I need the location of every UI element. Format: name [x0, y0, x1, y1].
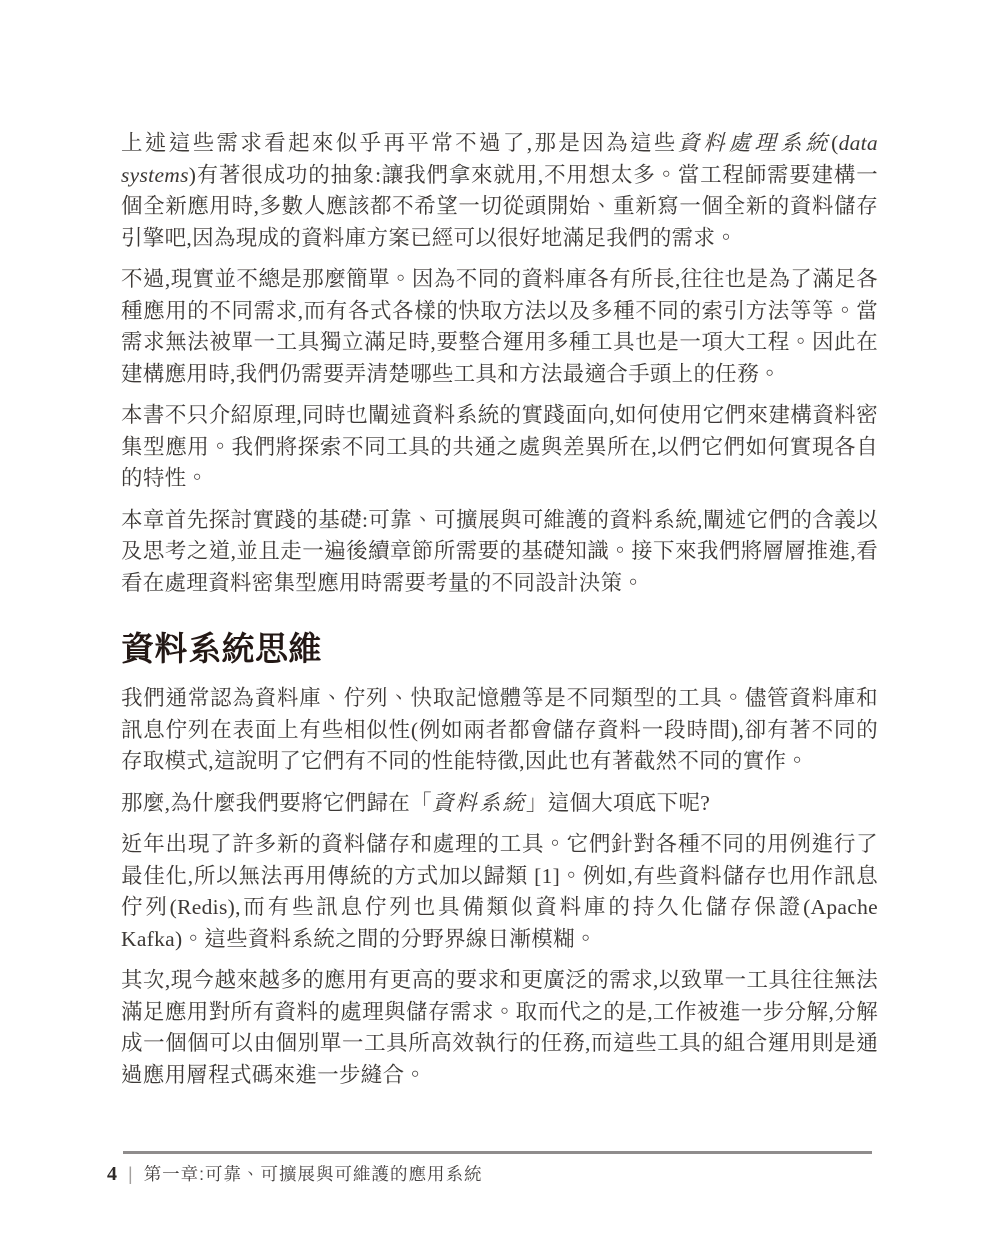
- paragraph-6: 那麼,為什麼我們要將它們歸在「資料系統」這個大項底下呢?: [121, 788, 878, 820]
- text-run: 有著很成功的抽象:讓我們拿來就用,不用想太多。當工程師需要建構一個全新應用時,多…: [121, 163, 878, 250]
- footer-rule: [123, 1151, 872, 1154]
- footer-divider: |: [128, 1164, 133, 1185]
- kai-term-data-system: 資料系統: [432, 791, 526, 815]
- text-run: 」這個大項底下呢?: [526, 791, 710, 815]
- paragraph-8: 其次,現今越來越多的應用有更高的要求和更廣泛的需求,以致單一工具往往無法滿足應用…: [121, 965, 878, 1091]
- paragraph-2: 不過,現實並不總是那麼簡單。因為不同的資料庫各有所長,往往也是為了滿足各種應用的…: [121, 264, 878, 390]
- text-run: 我們通常認為資料庫、佇列、快取記憶體等是不同類型的工具。儘管資料庫和訊息佇列在表…: [121, 686, 878, 773]
- book-page: 上述這些需求看起來似乎再平常不過了,那是因為這些資料處理系統(data syst…: [0, 0, 1000, 1251]
- paragraph-5: 我們通常認為資料庫、佇列、快取記憶體等是不同類型的工具。儘管資料庫和訊息佇列在表…: [121, 683, 878, 778]
- text-run: 本章首先探討實踐的基礎:可靠、可擴展與可維護的資料系統,闡述它們的含義以及思考之…: [121, 508, 878, 595]
- paragraph-1: 上述這些需求看起來似乎再平常不過了,那是因為這些資料處理系統(data syst…: [121, 128, 878, 254]
- text-run: 其次,現今越來越多的應用有更高的要求和更廣泛的需求,以致單一工具往往無法滿足應用…: [121, 968, 878, 1087]
- paragraph-7: 近年出現了許多新的資料儲存和處理的工具。它們針對各種不同的用例進行了最佳化,所以…: [121, 829, 878, 955]
- page-footer: 4 | 第一章:可靠、可擴展與可維護的應用系統: [107, 1151, 872, 1186]
- text-run: 近年出現了許多新的資料儲存和處理的工具。它們針對各種不同的用例進行了最佳化,所以…: [121, 832, 878, 951]
- section-heading-data-systems-thinking: 資料系統思維: [121, 629, 878, 669]
- text-run: 上述這些需求看起來似乎再平常不過了,那是因為這些: [121, 131, 678, 155]
- text-run: 不過,現實並不總是那麼簡單。因為不同的資料庫各有所長,往往也是為了滿足各種應用的…: [121, 267, 878, 386]
- text-run: 那麼,為什麼我們要將它們歸在「: [121, 791, 432, 815]
- page-number: 4: [107, 1163, 117, 1186]
- page-content: 上述這些需求看起來似乎再平常不過了,那是因為這些資料處理系統(data syst…: [121, 128, 878, 1101]
- paragraph-3: 本書不只介紹原理,同時也闡述資料系統的實踐面向,如何使用它們來建構資料密集型應用…: [121, 400, 878, 495]
- kai-term-data-systems-zh: 資料處理系統: [678, 131, 831, 155]
- footer-row: 4 | 第一章:可靠、可擴展與可維護的應用系統: [107, 1161, 872, 1186]
- text-run: 本書不只介紹原理,同時也闡述資料系統的實踐面向,如何使用它們來建構資料密集型應用…: [121, 403, 878, 490]
- paragraph-4: 本章首先探討實踐的基礎:可靠、可擴展與可維護的資料系統,闡述它們的含義以及思考之…: [121, 505, 878, 600]
- text-run: (: [831, 131, 838, 155]
- footer-chapter-title: 第一章:可靠、可擴展與可維護的應用系統: [144, 1161, 483, 1186]
